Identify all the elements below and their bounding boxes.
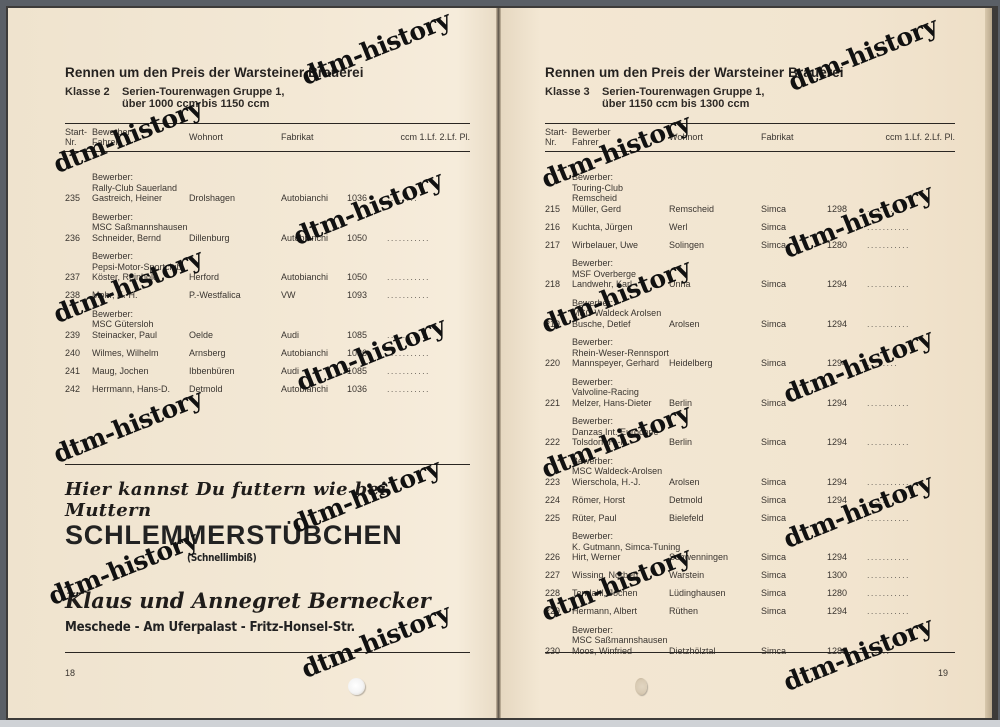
displacement: 1294 (827, 358, 867, 369)
start-number: 217 (545, 240, 572, 251)
header-fabrikat: Fabrikat (761, 127, 827, 147)
hometown: Unna (669, 279, 761, 290)
displacement: 1294 (827, 552, 867, 563)
manufacturer: Autobianchi (281, 272, 347, 283)
right-page: Rennen um den Preis der Warsteiner Braue… (501, 8, 985, 718)
table-row: 220 Bewerber: Rhein-Weser-Rennsport Mann… (545, 337, 955, 369)
displacement: 1085 (347, 366, 387, 377)
result-dots: ........... (867, 437, 955, 448)
manufacturer: Audi (281, 330, 347, 341)
start-number: 240 (65, 348, 92, 359)
manufacturer: Simca (761, 477, 827, 488)
result-dots: ........... (867, 477, 955, 488)
result-dots: ........... (867, 398, 955, 409)
driver: Römer, Horst (572, 495, 669, 506)
class-desc-line2: über 1150 ccm bis 1300 ccm (602, 98, 764, 110)
manufacturer: Simca (761, 319, 827, 330)
displacement: 1280 (827, 588, 867, 599)
table-header: Start- Nr. Bewerber Fahrer Wohnort Fabri… (65, 124, 470, 151)
hometown: Drolshagen (189, 193, 281, 204)
start-number: 219 (545, 319, 572, 330)
start-number: 215 (545, 204, 572, 215)
table-row: 235 Bewerber: Rally-Club Sauerland Gastr… (65, 172, 470, 204)
start-number: 230 (545, 646, 572, 657)
result-dots: ........... (387, 233, 470, 244)
hometown: Remscheid (669, 204, 761, 215)
displacement: 1036 (347, 348, 387, 359)
manufacturer: Autobianchi (281, 233, 347, 244)
entrant-driver: Bewerber: MSC Gütersloh Steinacker, Paul (92, 309, 189, 341)
table-row: 218 Bewerber: MSF Overberge Landwehr, Ka… (545, 258, 955, 290)
manufacturer: Autobianchi (281, 193, 347, 204)
result-dots: ........ (867, 204, 955, 215)
hometown: Herford (189, 272, 281, 283)
table-row: 238 Mohr, K.-H. P.-Westfalica VW 1093 ..… (65, 290, 470, 301)
table-row: 242 Herrmann, Hans-D. Detmold Autobianch… (65, 384, 470, 395)
entrant-driver: Bewerber: Danzas Int. Eurocope Tolsdorf,… (572, 416, 669, 448)
hometown: Ibbenbüren (189, 366, 281, 377)
result-dots: ........ (387, 193, 470, 204)
ad-rule-top (65, 464, 470, 465)
start-number: 227 (545, 570, 572, 581)
hometown: Warstein (669, 570, 761, 581)
result-dots: ........... (867, 513, 955, 524)
manufacturer: Simca (761, 204, 827, 215)
result-dots: ........... (867, 222, 955, 233)
start-number: 241 (65, 366, 92, 377)
driver: Rüter, Paul (572, 513, 669, 524)
start-number: 224 (545, 495, 572, 506)
page-number: 18 (65, 668, 75, 678)
table-row: 229 Hermann, Albert Rüthen Simca 1294 ..… (545, 606, 955, 617)
start-number: 222 (545, 437, 572, 448)
left-content: Rennen um den Preis der Warsteiner Braue… (65, 65, 470, 635)
start-number: 242 (65, 384, 92, 395)
header-rule-bottom (65, 151, 470, 152)
hometown: Berlin (669, 437, 761, 448)
start-number: 220 (545, 358, 572, 369)
table-row: 240 Wilmes, Wilhelm Arnsberg Autobianchi… (65, 348, 470, 359)
entrant-driver: Bewerber: Valvoline-Racing Melzer, Hans-… (572, 377, 669, 409)
table-row: 221 Bewerber: Valvoline-Racing Melzer, H… (545, 377, 955, 409)
result-dots: ........... (387, 348, 470, 359)
displacement: 1050 (347, 272, 387, 283)
class-heading: Klasse 3 Serien-Tourenwagen Gruppe 1, üb… (545, 86, 955, 110)
ad-subtitle: (Schnellimbiß) (187, 552, 428, 564)
hometown: Heidelberg (669, 358, 761, 369)
header-wohnort: Wohnort (669, 127, 761, 147)
driver: Kuchta, Jürgen (572, 222, 669, 233)
start-number: 218 (545, 279, 572, 290)
start-number: 226 (545, 552, 572, 563)
table-row: 227 Wissing, Norbert Warstein Simca 1300… (545, 570, 955, 581)
table-row: 225 Rüter, Paul Bielefeld Simca ........… (545, 513, 955, 524)
start-number: 228 (545, 588, 572, 599)
driver: Mohr, K.-H. (92, 290, 189, 301)
header-start-nr: Start- Nr. (545, 127, 572, 147)
result-dots: ........... (387, 384, 470, 395)
hometown: Dillenburg (189, 233, 281, 244)
result-dots: ........... (387, 290, 470, 301)
displacement: 1298 (827, 204, 867, 215)
hometown: Berlin (669, 398, 761, 409)
entry-list: 215 Bewerber: Touring-Club Remscheid Mül… (545, 172, 955, 656)
table-row: 223 Bewerber: MSC Waldeck-Arolsen Wiersc… (545, 456, 955, 488)
result-dots: ........... (867, 319, 955, 330)
driver: Wilmes, Wilhelm (92, 348, 189, 359)
displacement: 1036 (347, 193, 387, 204)
table-header: Start- Nr. Bewerber Fahrer Wohnort Fabri… (545, 124, 955, 151)
class-label: Klasse 2 (65, 86, 122, 110)
manufacturer: Simca (761, 358, 827, 369)
start-number: 221 (545, 398, 572, 409)
start-number: 237 (65, 272, 92, 283)
start-number: 229 (545, 606, 572, 617)
displacement: 1294 (827, 279, 867, 290)
punch-hole (635, 678, 647, 695)
start-number: 223 (545, 477, 572, 488)
ad-slogan: Hier kannst Du futtern wie bei Muttern (65, 479, 470, 521)
result-dots: ........... (387, 366, 470, 377)
manufacturer: Simca (761, 240, 827, 251)
manufacturer: Simca (761, 495, 827, 506)
displacement: 1093 (347, 290, 387, 301)
result-dots: ........... (867, 588, 955, 599)
start-number: 238 (65, 290, 92, 301)
hometown: Arolsen (669, 319, 761, 330)
entrant-driver: Bewerber: Pepsi-Motor-Sportclub Köster, … (92, 251, 189, 283)
hometown: Werl (669, 222, 761, 233)
ad-business-name: SCHLEMMERSTÜBCHEN (65, 521, 470, 549)
driver: Maug, Jochen (92, 366, 189, 377)
class-desc-line1: Serien-Tourenwagen Gruppe 1, (122, 86, 284, 98)
manufacturer: Simca (761, 588, 827, 599)
result-dots: ........... (387, 272, 470, 283)
start-number: 236 (65, 233, 92, 244)
manufacturer: Simca (761, 570, 827, 581)
result-dots: ........... (867, 279, 955, 290)
displacement: 1294 (827, 606, 867, 617)
manufacturer: Simca (761, 222, 827, 233)
header-rule-bottom (545, 151, 955, 152)
result-dots: ........ (867, 358, 955, 369)
result-dots: ...... (867, 495, 955, 506)
entrant-driver: Bewerber: MSC Waldeck Arolsen Busche, De… (572, 298, 669, 330)
header-bewerber-fahrer: Bewerber Fahrer (572, 127, 669, 147)
displacement: 1050 (347, 233, 387, 244)
table-row: 222 Bewerber: Danzas Int. Eurocope Tolsd… (545, 416, 955, 448)
hometown: Arolsen (669, 477, 761, 488)
result-dots: ........... (867, 552, 955, 563)
result-dots: ........... (867, 240, 955, 251)
entry-list: 235 Bewerber: Rally-Club Sauerland Gastr… (65, 172, 470, 394)
class-desc-line1: Serien-Tourenwagen Gruppe 1, (602, 86, 764, 98)
ad-address: Meschede - Am Uferpalast - Fritz-Honsel-… (65, 619, 421, 635)
manufacturer: Simca (761, 279, 827, 290)
punch-hole (348, 678, 365, 695)
scan-bottom-edge (0, 720, 1000, 727)
manufacturer: Simca (761, 513, 827, 524)
manufacturer: Autobianchi (281, 384, 347, 395)
hometown: Dietzhölztal (669, 646, 761, 657)
table-row: 215 Bewerber: Touring-Club Remscheid Mül… (545, 172, 955, 214)
displacement: 1036 (347, 384, 387, 395)
table-row: 239 Bewerber: MSC Gütersloh Steinacker, … (65, 309, 470, 341)
table-row: 226 Bewerber: K. Gutmann, Simca-Tuning H… (545, 531, 955, 563)
manufacturer: Simca (761, 606, 827, 617)
manufacturer: Simca (761, 552, 827, 563)
start-number: 216 (545, 222, 572, 233)
entrant-driver: Bewerber: MSC Waldeck-Arolsen Wierschola… (572, 456, 669, 488)
header-fabrikat: Fabrikat (281, 127, 347, 147)
table-row: 219 Bewerber: MSC Waldeck Arolsen Busche… (545, 298, 955, 330)
entrant-driver: Bewerber: Rally-Club Sauerland Gastreich… (92, 172, 189, 204)
displacement: 1294 (827, 398, 867, 409)
displacement: 1280 (827, 240, 867, 251)
class-description: Serien-Tourenwagen Gruppe 1, über 1150 c… (602, 86, 764, 110)
displacement: 1085 (347, 330, 387, 341)
hometown: Solingen (669, 240, 761, 251)
result-dots: ...... (867, 646, 955, 657)
start-number: 235 (65, 193, 92, 204)
driver: Hermann, Albert (572, 606, 669, 617)
race-title: Rennen um den Preis der Warsteiner Braue… (545, 65, 955, 80)
table-row: 236 Bewerber: MSC Saßmannshausen Schneid… (65, 212, 470, 244)
table-row: 237 Bewerber: Pepsi-Motor-Sportclub Köst… (65, 251, 470, 283)
hometown: Detmold (669, 495, 761, 506)
class-label: Klasse 3 (545, 86, 602, 110)
header-ccm-laps-place: ccm 1.Lf. 2.Lf. Pl. (347, 127, 470, 147)
page-number: 19 (938, 668, 948, 678)
entrant-driver: Bewerber: MSF Overberge Landwehr, Karl (572, 258, 669, 290)
header-start-nr: Start- Nr. (65, 127, 92, 147)
driver: Wirbelauer, Uwe (572, 240, 669, 251)
start-number: 239 (65, 330, 92, 341)
result-dots: ........... (387, 330, 470, 341)
displacement: 1294 (827, 319, 867, 330)
entrant-driver: Bewerber: Touring-Club Remscheid Müller,… (572, 172, 669, 214)
displacement: 1280 (827, 646, 867, 657)
table-row: 216 Kuchta, Jürgen Werl Simca ..........… (545, 222, 955, 233)
header-bewerber-fahrer: Bewerber Fahrer (92, 127, 189, 147)
race-title: Rennen um den Preis der Warsteiner Braue… (65, 65, 470, 80)
entrant-driver: Bewerber: MSC Saßmannshausen Schneider, … (92, 212, 189, 244)
hometown: Oelde (189, 330, 281, 341)
hometown: Arnsberg (189, 348, 281, 359)
manufacturer: VW (281, 290, 347, 301)
ad-owner-names: Klaus und Annegret Bernecker (65, 588, 470, 613)
entrant-driver: Bewerber: K. Gutmann, Simca-Tuning Hirt,… (572, 531, 669, 563)
hometown: Lüdinghausen (669, 588, 761, 599)
entrant-driver: Bewerber: Rhein-Weser-Rennsport Mannspey… (572, 337, 669, 369)
header-wohnort: Wohnort (189, 127, 281, 147)
driver: Herrmann, Hans-D. (92, 384, 189, 395)
class-heading: Klasse 2 Serien-Tourenwagen Gruppe 1, üb… (65, 86, 470, 110)
result-dots: ........... (867, 570, 955, 581)
manufacturer: Simca (761, 437, 827, 448)
table-row: 228 Tendahl, Jochen Lüdinghausen Simca 1… (545, 588, 955, 599)
header-ccm-laps-place: ccm 1.Lf. 2.Lf. Pl. (827, 127, 955, 147)
hometown: Schwenningen (669, 552, 761, 563)
right-content: Rennen um den Preis der Warsteiner Braue… (545, 65, 955, 656)
manufacturer: Autobianchi (281, 348, 347, 359)
manufacturer: Simca (761, 646, 827, 657)
page-edge (985, 8, 992, 718)
class-desc-line2: über 1000 ccm bis 1150 ccm (122, 98, 284, 110)
hometown: Bielefeld (669, 513, 761, 524)
manufacturer: Simca (761, 398, 827, 409)
start-number: 225 (545, 513, 572, 524)
manufacturer: Audi (281, 366, 347, 377)
driver: Wissing, Norbert (572, 570, 669, 581)
table-row: 224 Römer, Horst Detmold Simca 1294 ....… (545, 495, 955, 506)
hometown: P.-Westfalica (189, 290, 281, 301)
displacement: 1294 (827, 477, 867, 488)
hometown: Detmold (189, 384, 281, 395)
advertisement: Hier kannst Du futtern wie bei Muttern S… (65, 464, 470, 635)
result-dots: ........... (867, 606, 955, 617)
footer-rule (545, 652, 955, 653)
displacement: 1294 (827, 495, 867, 506)
displacement: 1294 (827, 437, 867, 448)
left-page: Rennen um den Preis der Warsteiner Braue… (8, 8, 496, 718)
displacement: 1300 (827, 570, 867, 581)
class-description: Serien-Tourenwagen Gruppe 1, über 1000 c… (122, 86, 284, 110)
driver: Tendahl, Jochen (572, 588, 669, 599)
footer-rule (65, 652, 470, 653)
table-row: 217 Wirbelauer, Uwe Solingen Simca 1280 … (545, 240, 955, 251)
table-row: 241 Maug, Jochen Ibbenbüren Audi 1085 ..… (65, 366, 470, 377)
hometown: Rüthen (669, 606, 761, 617)
